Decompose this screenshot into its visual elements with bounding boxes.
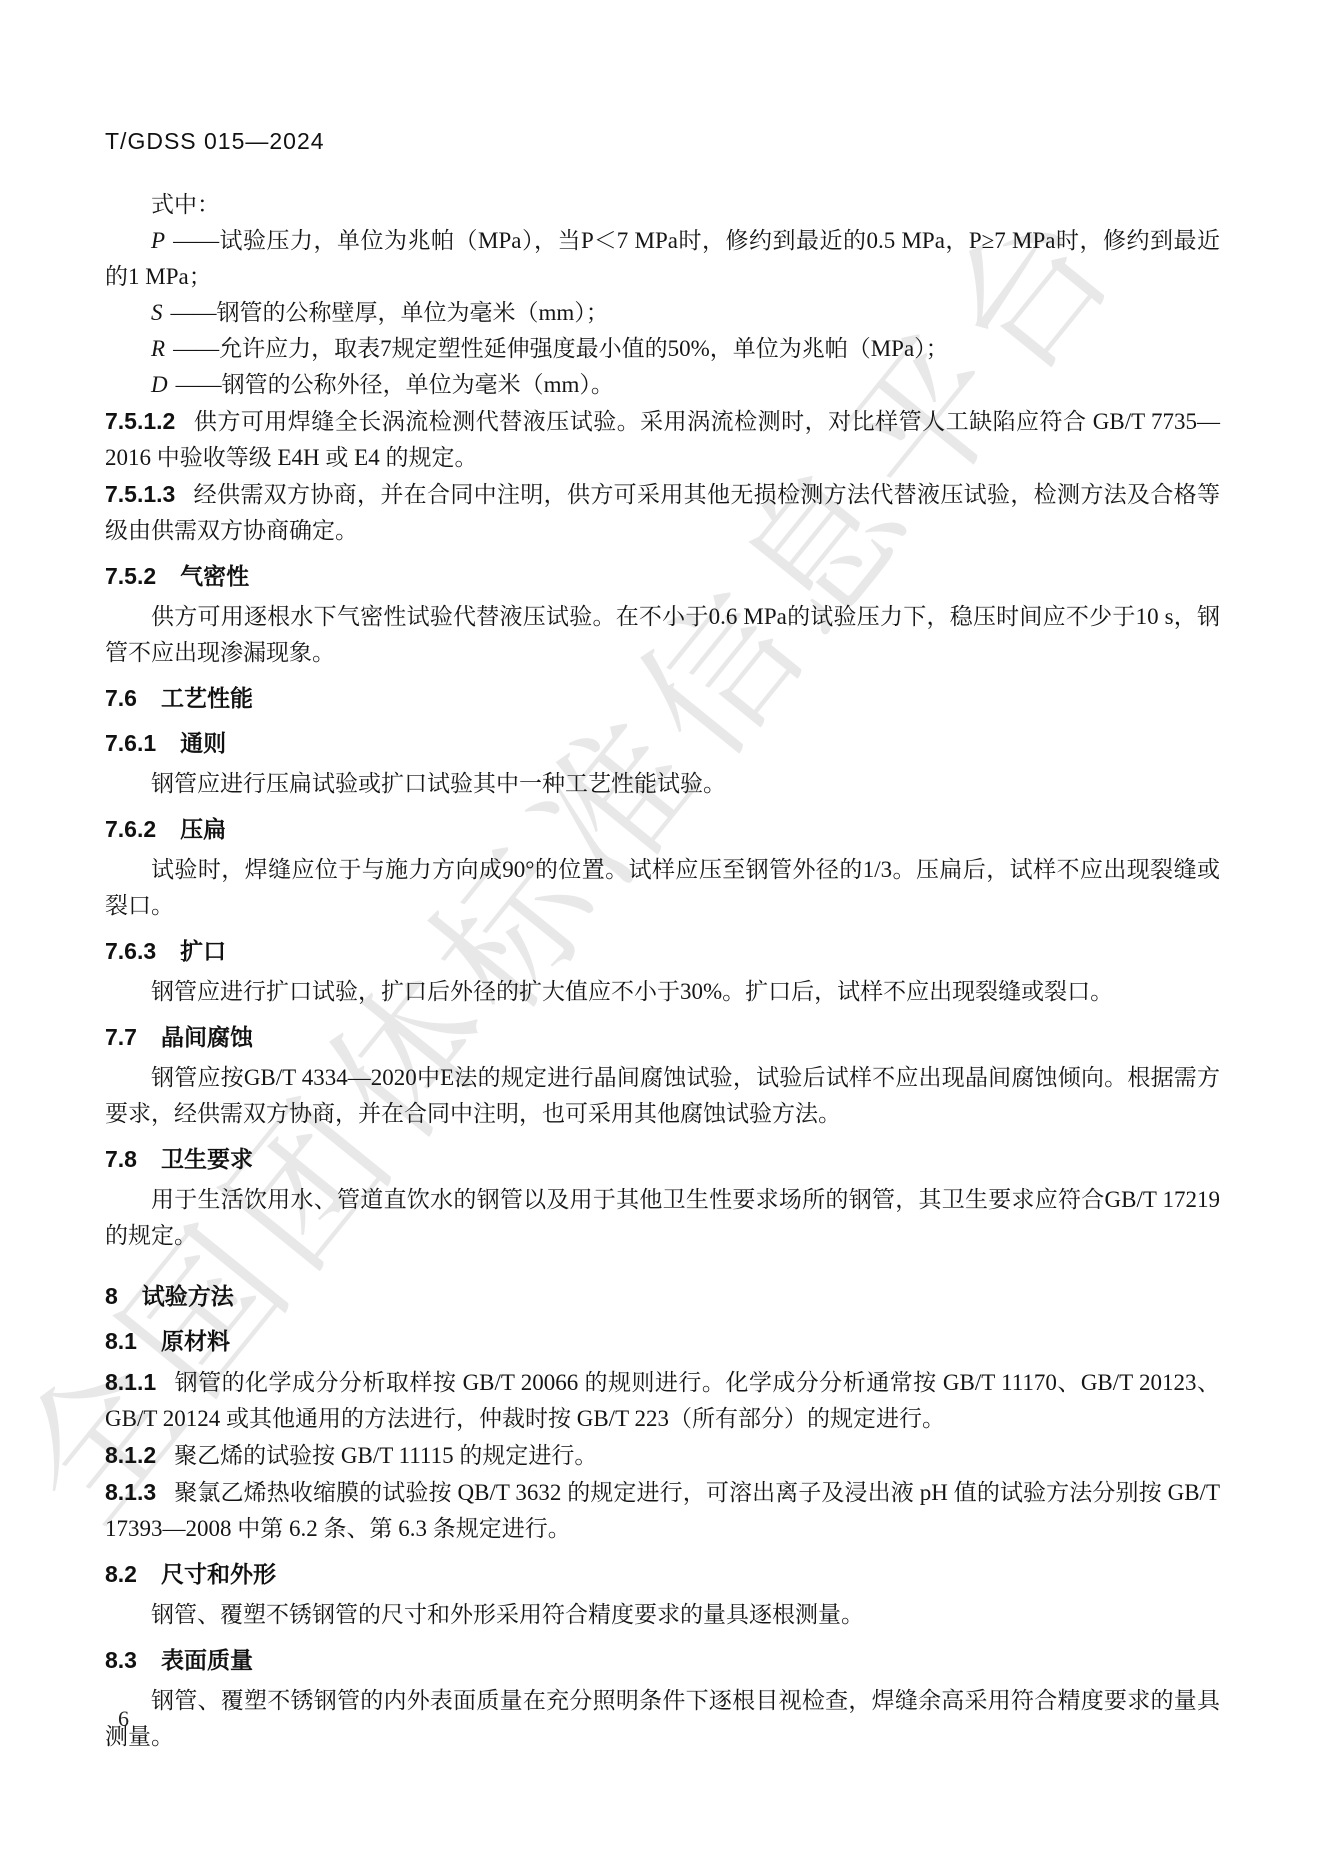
paragraph-7-5-2: 供方可用逐根水下气密性试验代替液压试验。在不小于0.6 MPa的试验压力下，稳压… [105, 599, 1220, 671]
heading-title: 工艺性能 [161, 685, 253, 711]
clause-number: 7.5.1.3 [105, 481, 175, 507]
clause-8-1-3: 8.1.3聚氯乙烯热收缩膜的试验按 QB/T 3632 的规定进行，可溶出离子及… [105, 1474, 1220, 1547]
clause-number: 8.1.2 [105, 1442, 156, 1468]
definition-dash: —— [176, 372, 222, 397]
clause-text: 聚乙烯的试验按 GB/T 11115 的规定进行。 [174, 1443, 597, 1468]
heading-number: 7.8 [105, 1146, 137, 1172]
heading-title: 尺寸和外形 [161, 1561, 276, 1587]
clause-text: 经供需双方协商，并在合同中注明，供方可采用其他无损检测方法代替液压试验，检测方法… [105, 482, 1220, 543]
heading-title: 扩口 [180, 938, 226, 964]
paragraph-7-7: 钢管应按GB/T 4334—2020中E法的规定进行晶间腐蚀试验，试验后试样不应… [105, 1060, 1220, 1132]
heading-7-8: 7.8卫生要求 [105, 1141, 1220, 1177]
definition-dash: —— [173, 228, 219, 253]
standard-number-header: T/GDSS 015—2024 [105, 128, 1220, 155]
heading-number: 8.3 [105, 1647, 137, 1673]
heading-8: 8试验方法 [105, 1278, 1220, 1314]
heading-7-6-1: 7.6.1通则 [105, 725, 1220, 761]
heading-title: 压扁 [180, 816, 226, 842]
symbol-definition-r: R——允许应力，取表7规定塑性延伸强度最小值的50%，单位为兆帕（MPa）； [105, 331, 1220, 367]
heading-number: 7.6.2 [105, 816, 156, 842]
heading-8-3: 8.3表面质量 [105, 1642, 1220, 1678]
heading-title: 试验方法 [142, 1283, 234, 1309]
heading-number: 8 [105, 1283, 118, 1309]
heading-number: 7.5.2 [105, 563, 156, 589]
symbol-s: S [151, 300, 163, 325]
heading-title: 表面质量 [161, 1647, 253, 1673]
paragraph-7-6-3: 钢管应进行扩口试验，扩口后外径的扩大值应不小于30%。扩口后，试样不应出现裂缝或… [105, 974, 1220, 1010]
clause-8-1-1: 8.1.1钢管的化学成分分析取样按 GB/T 20066 的规则进行。化学成分分… [105, 1364, 1220, 1437]
paragraph-8-3: 钢管、覆塑不锈钢管的内外表面质量在充分照明条件下逐根目视检查，焊缝余高采用符合精… [105, 1683, 1220, 1755]
heading-number: 8.2 [105, 1561, 137, 1587]
page-number: 6 [118, 1706, 129, 1732]
definition-text: 允许应力，取表7规定塑性延伸强度最小值的50%，单位为兆帕（MPa）； [219, 336, 949, 361]
heading-number: 7.7 [105, 1024, 137, 1050]
heading-7-7: 7.7晶间腐蚀 [105, 1019, 1220, 1055]
definition-text: 钢管的公称外径，单位为毫米（mm）。 [222, 372, 614, 397]
heading-8-1: 8.1原材料 [105, 1323, 1220, 1359]
heading-title: 晶间腐蚀 [161, 1024, 253, 1050]
heading-7-6: 7.6工艺性能 [105, 680, 1220, 716]
heading-title: 气密性 [180, 563, 249, 589]
heading-7-5-2: 7.5.2气密性 [105, 558, 1220, 594]
paragraph-7-8: 用于生活饮用水、管道直饮水的钢管以及用于其他卫生性要求场所的钢管，其卫生要求应符… [105, 1182, 1220, 1254]
clause-7-5-1-2: 7.5.1.2供方可用焊缝全长涡流检测代替液压试验。采用涡流检测时，对比样管人工… [105, 403, 1220, 476]
heading-title: 原材料 [161, 1328, 230, 1354]
symbol-definition-s: S——钢管的公称壁厚，单位为毫米（mm）； [105, 295, 1220, 331]
paragraph-8-2: 钢管、覆塑不锈钢管的尺寸和外形采用符合精度要求的量具逐根测量。 [105, 1597, 1220, 1633]
clause-text: 聚氯乙烯热收缩膜的试验按 QB/T 3632 的规定进行，可溶出离子及浸出液 p… [105, 1480, 1220, 1541]
definition-dash: —— [171, 300, 217, 325]
clause-number: 8.1.1 [105, 1369, 156, 1395]
clause-number: 7.5.1.2 [105, 408, 175, 434]
heading-number: 7.6.3 [105, 938, 156, 964]
page-content: T/GDSS 015—2024 式中： P——试验压力，单位为兆帕（MPa），当… [105, 128, 1220, 1755]
formula-where-label: 式中： [105, 187, 1220, 223]
heading-number: 7.6 [105, 685, 137, 711]
symbol-definition-p: P——试验压力，单位为兆帕（MPa），当P＜7 MPa时，修约到最近的0.5 M… [105, 223, 1220, 295]
clause-text: 钢管的化学成分分析取样按 GB/T 20066 的规则进行。化学成分分析通常按 … [105, 1370, 1220, 1431]
definition-text: 钢管的公称壁厚，单位为毫米（mm）； [217, 300, 609, 325]
heading-7-6-2: 7.6.2压扁 [105, 811, 1220, 847]
definition-dash: —— [173, 336, 219, 361]
symbol-definition-d: D——钢管的公称外径，单位为毫米（mm）。 [105, 367, 1220, 403]
heading-number: 7.6.1 [105, 730, 156, 756]
clause-8-1-2: 8.1.2聚乙烯的试验按 GB/T 11115 的规定进行。 [105, 1437, 1220, 1474]
heading-title: 通则 [180, 730, 226, 756]
symbol-r: R [151, 336, 165, 361]
heading-title: 卫生要求 [161, 1146, 253, 1172]
clause-7-5-1-3: 7.5.1.3经供需双方协商，并在合同中注明，供方可采用其他无损检测方法代替液压… [105, 476, 1220, 549]
heading-number: 8.1 [105, 1328, 137, 1354]
symbol-d: D [151, 372, 168, 397]
paragraph-7-6-1: 钢管应进行压扁试验或扩口试验其中一种工艺性能试验。 [105, 766, 1220, 802]
paragraph-7-6-2: 试验时，焊缝应位于与施力方向成90°的位置。试样应压至钢管外径的1/3。压扁后，… [105, 852, 1220, 924]
clause-text: 供方可用焊缝全长涡流检测代替液压试验。采用涡流检测时，对比样管人工缺陷应符合 G… [105, 409, 1220, 470]
symbol-p: P [151, 228, 165, 253]
clause-number: 8.1.3 [105, 1479, 156, 1505]
definition-text: 试验压力，单位为兆帕（MPa），当P＜7 MPa时，修约到最近的0.5 MPa，… [105, 228, 1220, 289]
heading-8-2: 8.2尺寸和外形 [105, 1556, 1220, 1592]
heading-7-6-3: 7.6.3扩口 [105, 933, 1220, 969]
document-page: 全国团体标准信息平台 T/GDSS 015—2024 式中： P——试验压力，单… [0, 0, 1323, 1871]
